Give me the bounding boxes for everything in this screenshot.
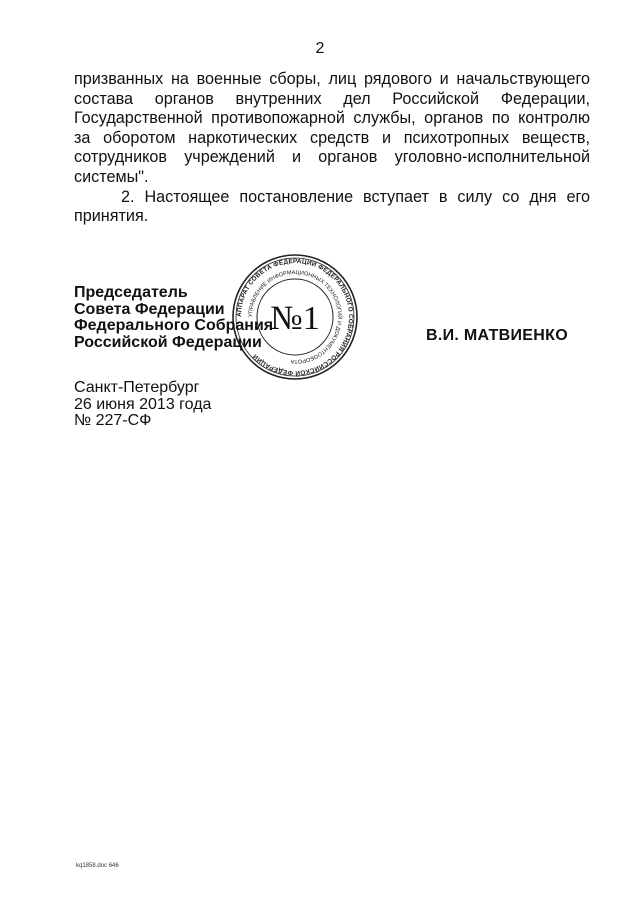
signatory-name: В.И. МАТВИЕНКО <box>426 327 568 345</box>
signatory-title-line: Федерального Собрания <box>74 318 273 335</box>
file-reference-footer: kq1858.doc 646 <box>76 863 119 869</box>
signatory-title-line: Российской Федерации <box>74 335 273 352</box>
place-date-number: Санкт-Петербург 26 июня 2013 года № 227-… <box>74 380 211 430</box>
paragraph-continuation: призванных на военные сборы, лиц рядовог… <box>74 70 590 188</box>
text-line: сотрудников учреждений и органов уголовн… <box>74 148 590 168</box>
text-line: 2. Настоящее постановление вступает в си… <box>74 188 590 208</box>
document-body: призванных на военные сборы, лиц рядовог… <box>74 70 590 227</box>
document-number: № 227-СФ <box>74 413 211 430</box>
text-line: Государственной противопожарной службы, … <box>74 109 590 129</box>
signatory-title-line: Председатель <box>74 285 273 302</box>
seal-center-number: №1 <box>270 300 319 337</box>
text-line: за оборотом наркотических средств и псих… <box>74 129 590 149</box>
signatory-title: Председатель Совета Федерации Федерально… <box>74 285 273 351</box>
page-number: 2 <box>0 40 640 58</box>
text-line: принятия. <box>74 207 590 227</box>
text-line: системы". <box>74 168 590 188</box>
text-line: призванных на военные сборы, лиц рядовог… <box>74 70 590 90</box>
city: Санкт-Петербург <box>74 380 211 397</box>
paragraph-effective-date: 2. Настоящее постановление вступает в си… <box>74 188 590 227</box>
date: 26 июня 2013 года <box>74 397 211 414</box>
signatory-title-line: Совета Федерации <box>74 302 273 319</box>
text-line: состава органов внутренних дел Российско… <box>74 90 590 110</box>
